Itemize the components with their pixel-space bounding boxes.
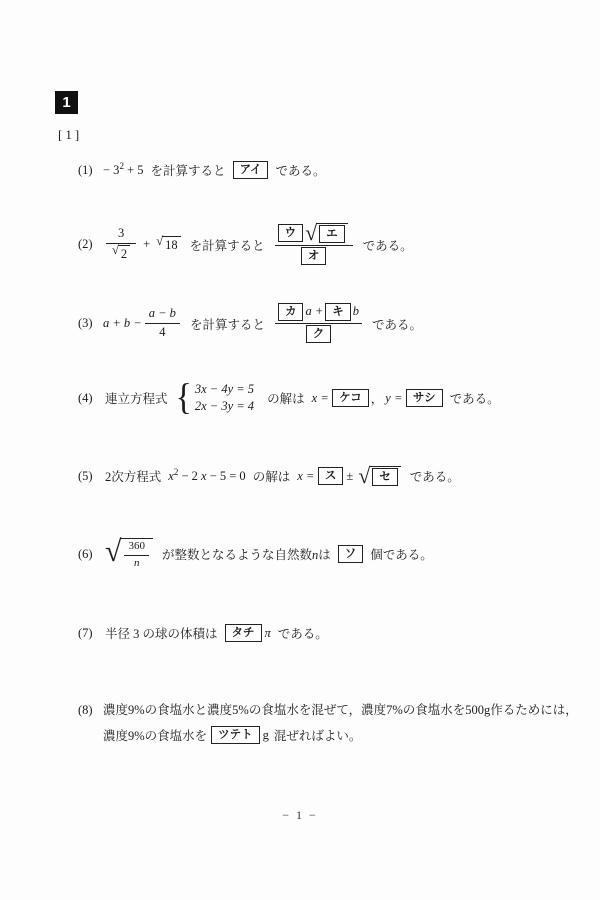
- answer-box-sashi: サシ: [406, 389, 443, 407]
- section-number: 1: [62, 94, 70, 111]
- answer-fraction: ウ√エ オ: [275, 222, 353, 267]
- problem-7: (7) 半径 3 の球の体積は タチ π である。: [78, 624, 330, 642]
- problem-3-number: (3): [78, 316, 103, 331]
- subsection-label: [1]: [58, 127, 82, 143]
- problem-3: (3) a + b − a − b 4 を計算すると カa +キb ク である。: [78, 302, 424, 345]
- expression: a + b −: [103, 316, 142, 331]
- sqrt-answer-se: √セ: [358, 466, 401, 486]
- problem-1: (1) − 32 + 5 を計算すると アイ である。: [78, 161, 328, 179]
- problem-8: (8) 濃度9%の食塩水と濃度5%の食塩水を混ぜて，濃度7%の食塩水を500g作…: [78, 700, 573, 744]
- equation-2: 2x − 3y = 4: [195, 398, 254, 415]
- problem-2: (2) 3 √2 + √18 を計算すると ウ√エ オ である。: [78, 222, 415, 267]
- sqrt-18: √18: [156, 236, 180, 253]
- mid-text: の解は: [267, 389, 305, 407]
- answer-box-keko: ケコ: [332, 389, 369, 407]
- answer-box-tsuteto: ツテト: [211, 726, 260, 744]
- body-text-line2: 濃度9%の食塩水を ツテト g 混ぜればよい。: [103, 726, 573, 744]
- problem-5-number: (5): [78, 469, 103, 484]
- problem-6: (6) √ 360 n が整数となるような自然数nは ソ 個である。: [78, 538, 435, 571]
- problem-8-number: (8): [78, 700, 103, 720]
- problem-4-number: (4): [78, 391, 103, 406]
- equation-system: { 3x − 4y = 5 2x − 3y = 4: [176, 381, 255, 415]
- page-number: − 1 −: [0, 808, 600, 823]
- equation-1: 3x − 4y = 5: [195, 381, 254, 398]
- answer-box-e: エ: [319, 225, 345, 243]
- body-text: が整数となるような自然数nは: [162, 545, 331, 563]
- tail-text: である。: [363, 236, 413, 254]
- tail-text: である。: [410, 467, 460, 485]
- answer-box-se: セ: [372, 468, 398, 486]
- plus-sign: +: [143, 237, 150, 252]
- problem-6-number: (6): [78, 547, 103, 562]
- answer-box-ku: ク: [306, 325, 332, 343]
- sqrt-2: √2: [112, 245, 130, 263]
- fraction-a-minus-b-over-4: a − b 4: [145, 306, 180, 340]
- expression: − 32 + 5: [103, 163, 144, 178]
- answer-box-u: ウ: [278, 224, 304, 242]
- verb-text: を計算すると: [151, 161, 226, 179]
- label-simultaneous-equations: 連立方程式: [105, 389, 168, 407]
- verb-text: を計算すると: [190, 236, 265, 254]
- tail-text: である。: [275, 161, 325, 179]
- answer-fraction: カa +キb ク: [275, 302, 362, 345]
- verb-text: を計算すると: [190, 315, 265, 333]
- answer-box-tachi: タチ: [225, 624, 262, 642]
- unit-grams: g: [263, 728, 269, 743]
- problem-5: (5) 2次方程式 x2 − 2 x − 5 = 0 の解は x = ス ± √…: [78, 466, 462, 486]
- answer-box-ki: キ: [325, 303, 351, 321]
- tail-text: 個である。: [370, 545, 433, 563]
- body-text: 半径 3 の球の体積は: [105, 624, 218, 642]
- answer-box-o: オ: [301, 247, 327, 265]
- pi-symbol: π: [265, 626, 271, 641]
- answer-box-so: ソ: [338, 545, 364, 563]
- answer-box-ai: アイ: [233, 161, 269, 179]
- tail-text: である。: [450, 389, 500, 407]
- problem-1-number: (1): [78, 163, 103, 178]
- left-brace: {: [176, 379, 192, 416]
- plus-minus-sign: ±: [346, 469, 353, 484]
- sqrt-360-over-n: √ 360 n: [105, 538, 153, 571]
- body-text-line1: 濃度9%の食塩水と濃度5%の食塩水を混ぜて，濃度7%の食塩水を500g作るために…: [103, 700, 573, 720]
- problem-2-number: (2): [78, 237, 103, 252]
- sqrt-answer-e: √エ: [305, 223, 348, 243]
- tail-text: である。: [278, 624, 328, 642]
- answer-box-su: ス: [318, 467, 344, 485]
- answer-box-ka: カ: [278, 303, 304, 321]
- problem-7-number: (7): [78, 626, 103, 641]
- mid-text: の解は: [253, 467, 291, 485]
- fraction-3-over-sqrt2: 3 √2: [106, 226, 136, 262]
- comma: ，: [371, 389, 384, 407]
- section-number-box: 1: [55, 91, 78, 114]
- tail-text: である。: [372, 315, 422, 333]
- problem-4: (4) 連立方程式 { 3x − 4y = 5 2x − 3y = 4 の解は …: [78, 381, 502, 415]
- label-quadratic: 2次方程式: [105, 467, 161, 485]
- equation: x2 − 2 x − 5 = 0: [168, 469, 245, 484]
- exam-page: 1 [1] (1) − 32 + 5 を計算すると アイ である。 (2) 3 …: [0, 0, 600, 900]
